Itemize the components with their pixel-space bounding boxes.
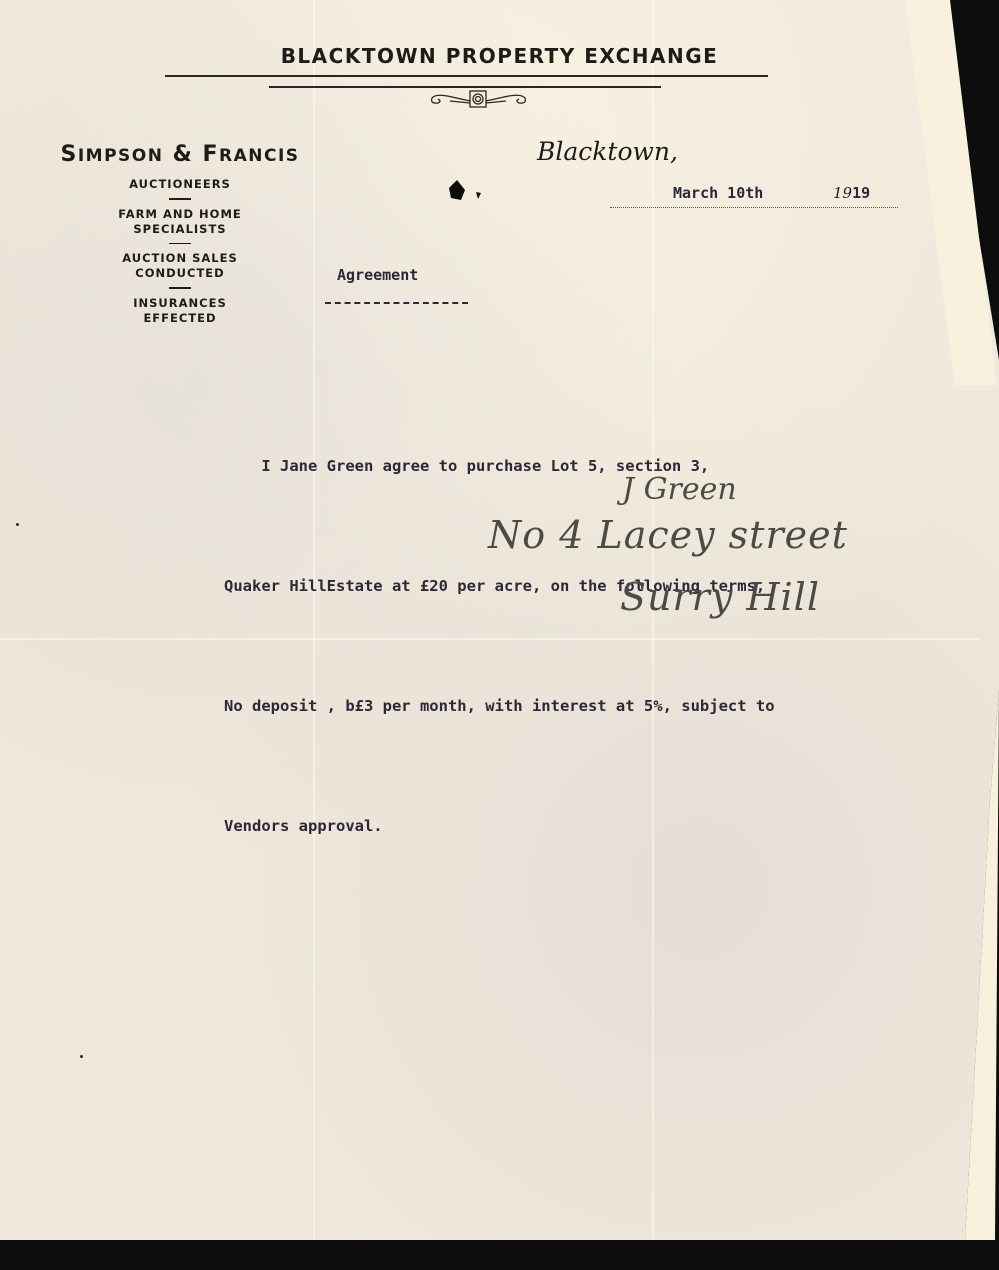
divider xyxy=(169,287,191,289)
service-farm-home: SPECIALISTS xyxy=(30,222,330,237)
document-heading: Agreement xyxy=(337,266,418,284)
body-line: No deposit , b£3 per month, with interes… xyxy=(224,686,984,726)
letterhead-title: BLACKTOWN PROPERTY EXCHANGE xyxy=(0,44,999,68)
service-auction-sales: CONDUCTED xyxy=(30,266,330,281)
date-day-month: March 10th xyxy=(673,184,763,202)
date-year: 1919 xyxy=(833,184,870,202)
heading-underline xyxy=(325,302,468,304)
handwritten-address-line: Surry Hill xyxy=(620,575,820,619)
paper-speck xyxy=(16,523,19,526)
body-line: Quaker HillEstate at £20 per acre, on th… xyxy=(224,566,984,606)
service-insurances: EFFECTED xyxy=(30,311,330,326)
punch-hole xyxy=(443,176,483,206)
divider xyxy=(169,198,191,200)
scroll-ornament-icon xyxy=(426,89,531,109)
service-farm-home: FARM AND HOME xyxy=(30,207,330,222)
firm-block: SIMPSON & FRANCIS AUCTIONEERS FARM AND H… xyxy=(30,142,330,326)
agreement-body: I Jane Green agree to purchase Lot 5, se… xyxy=(224,366,984,886)
divider xyxy=(169,243,191,245)
header-rule xyxy=(165,75,768,77)
service-insurances: INSURANCES xyxy=(30,296,330,311)
service-auction-sales: AUCTION SALES xyxy=(30,251,330,266)
handwritten-signature: J Green xyxy=(622,472,737,507)
body-line: I Jane Green agree to purchase Lot 5, se… xyxy=(224,446,984,486)
service-auctioneers: AUCTIONEERS xyxy=(30,177,330,192)
handwritten-address-line: No 4 Lacey street xyxy=(488,513,848,557)
header-rule xyxy=(269,86,661,88)
place-name: Blacktown, xyxy=(537,137,678,166)
firm-name: SIMPSON & FRANCIS xyxy=(30,142,330,167)
paper-speck xyxy=(80,1055,83,1058)
body-line: Vendors approval. xyxy=(224,806,984,846)
